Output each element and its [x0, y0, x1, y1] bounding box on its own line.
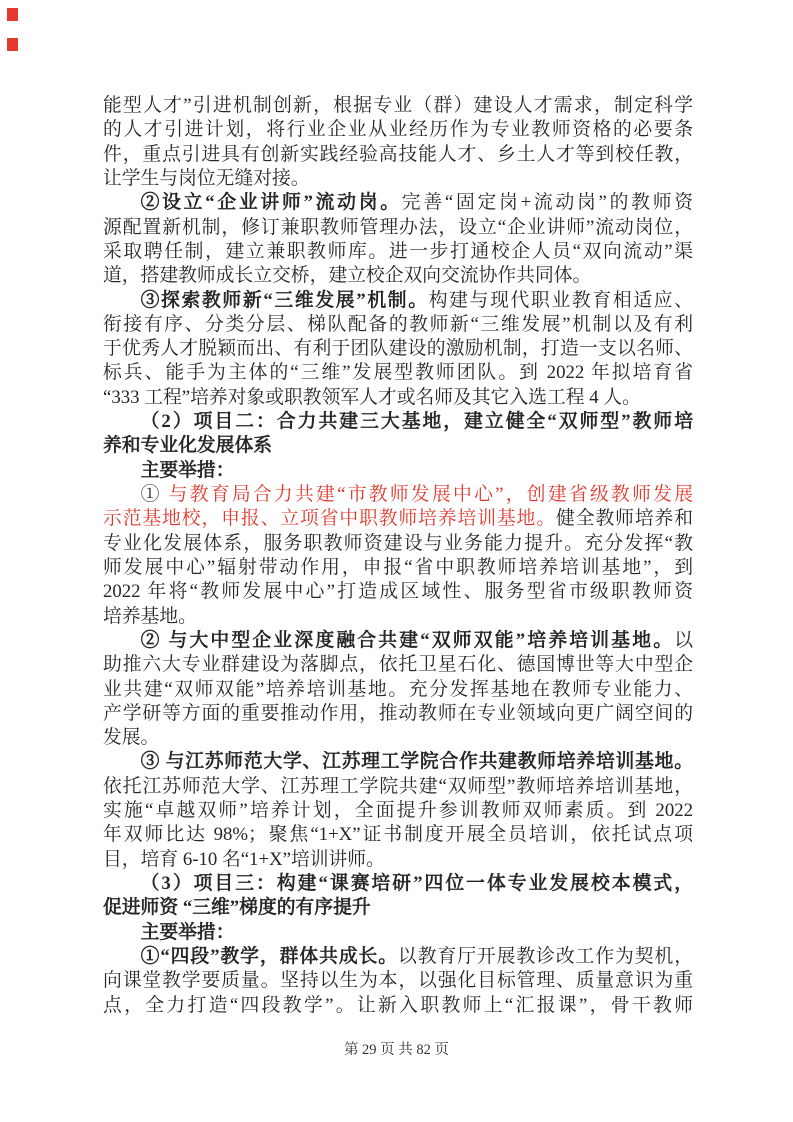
text-segment: 目，培育 6-10 名“1+X”培训讲师。	[103, 849, 385, 870]
text-line: 主要举措：	[103, 459, 693, 483]
text-line: 的人才引进计划，将行业企业从业经历作为专业教师资格的必要条	[103, 118, 693, 142]
bold-text-segment: 促进师资 “三维”梯度的有序提升	[103, 897, 371, 918]
text-line: 衔接有序、分类分层、梯队配备的教师新“三维发展”机制以及有利	[103, 313, 693, 337]
text-segment: 业共建“双师双能”培养培训基地。充分发挥基地在教师专业能力、	[103, 679, 693, 700]
text-line: 促进师资 “三维”梯度的有序提升	[103, 896, 693, 920]
text-line: ① 与教育局合力共建“市教师发展中心”，创建省级教师发展	[103, 483, 693, 507]
document-page: 能型人才”引进机制创新，根据专业（群）建设人才需求，制定科学的人才引进计划，将行…	[0, 0, 793, 1122]
text-line: “333 工程”培养对象或职教领军人才或名师及其它入选工程 4 人。	[103, 386, 693, 410]
bold-text-segment: ②设立“企业讲师”流动岗。	[141, 192, 402, 213]
text-line: ③ 与江苏师范大学、江苏理工学院合作共建教师培养培训基地。	[103, 750, 693, 774]
text-segment: 以	[674, 630, 693, 651]
text-line: 点，全力打造“四段教学”。让新入职教师上“汇报课”，骨干教师	[103, 994, 693, 1018]
text-line: 标兵、能手为主体的“三维”发展型教师团队。到 2022 年拟培育省	[103, 361, 693, 385]
text-segment: 构建与现代职业教育相适应、	[429, 290, 693, 311]
text-line: 件，重点引进具有创新实践经验高技能人才、乡土人才等到校任教，	[103, 143, 693, 167]
text-segment: 衔接有序、分类分层、梯队配备的教师新“三维发展”机制以及有利	[103, 314, 693, 335]
text-line: 实施“卓越双师”培养计划，全面提升参训教师双师素质。到 2022	[103, 799, 693, 823]
text-line: ②设立“企业讲师”流动岗。完善“固定岗+流动岗”的教师资	[103, 191, 693, 215]
text-line: 养和专业化发展体系	[103, 434, 693, 458]
text-segment: 产学研等方面的重要推动作用，推动教师在专业领域向更广阔空间的	[103, 703, 693, 724]
text-line: 专业化发展体系，服务职教师资建设与业务能力提升。充分发挥“教	[103, 532, 693, 556]
text-line: 年双师比达 98%；聚焦“1+X”证书制度开展全员培训，依托试点项	[103, 823, 693, 847]
red-text-segment: 示范基地校，申报、立项省中职教师培养培训基地。	[103, 508, 556, 529]
text-line: 道，搭建教师成长立交桥，建立校企双向交流协作共同体。	[103, 264, 693, 288]
text-segment: 发展。	[103, 727, 159, 748]
text-line: 主要举措：	[103, 921, 693, 945]
text-line: 依托江苏师范大学、江苏理工学院共建“双师型”教师培养培训基地，	[103, 775, 693, 799]
text-line: 于优秀人才脱颖而出、有利于团队建设的激励机制，打造一支以名师、	[103, 337, 693, 361]
text-line: 培养基地。	[103, 605, 693, 629]
text-segment: “333 工程”培养对象或职教领军人才或名师及其它入选工程 4 人。	[103, 387, 641, 408]
text-line: 产学研等方面的重要推动作用，推动教师在专业领域向更广阔空间的	[103, 702, 693, 726]
text-segment: 实施“卓越双师”培养计划，全面提升参训教师双师素质。到 2022	[103, 800, 693, 821]
text-segment: 道，搭建教师成长立交桥，建立校企双向交流协作共同体。	[103, 265, 591, 286]
text-segment: 向课堂教学要质量。坚持以生为本，以强化目标管理、质量意识为重	[103, 970, 693, 991]
text-segment: 助推六大专业群建设为落脚点，依托卫星石化、德国博世等大中型企	[103, 654, 693, 675]
text-line: 助推六大专业群建设为落脚点，依托卫星石化、德国博世等大中型企	[103, 653, 693, 677]
text-segment: 采取聘任制，建立兼职教师库。进一步打通校企人员“双向流动”渠	[103, 241, 693, 262]
bold-text-segment: ② 与大中型企业深度融合共建“双师双能”培养培训基地。	[141, 630, 675, 651]
text-segment: 以教育厅开展教诊改工作为契机，	[398, 946, 693, 967]
text-line: ② 与大中型企业深度融合共建“双师双能”培养培训基地。以	[103, 629, 693, 653]
text-line: 师发展中心”辐射带动作用，申报“省中职教师培养培训基地”，到	[103, 556, 693, 580]
text-line: 目，培育 6-10 名“1+X”培训讲师。	[103, 848, 693, 872]
text-segment: 年双师比达 98%；聚焦“1+X”证书制度开展全员培训，依托试点项	[103, 824, 693, 845]
text-segment: 于优秀人才脱颖而出、有利于团队建设的激励机制，打造一支以名师、	[103, 338, 693, 359]
text-line: （2）项目二：合力共建三大基地，建立健全“双师型”教师培	[103, 410, 693, 434]
text-segment: 健全教师培养和	[556, 508, 693, 529]
bold-text-segment: 主要举措：	[141, 460, 235, 481]
text-segment: 能型人才”引进机制创新，根据专业（群）建设人才需求，制定科学	[103, 95, 693, 116]
bold-text-segment: ③ 与江苏师范大学、江苏理工学院合作共建教师培养培训基地。	[141, 751, 693, 772]
red-text-segment: 与教育局合力共建“市教师发展中心”，创建省级教师发展	[169, 484, 693, 505]
red-edge-mark	[7, 38, 18, 51]
text-segment: 师发展中心”辐射带动作用，申报“省中职教师培养培训基地”，到	[103, 557, 693, 578]
text-segment: 源配置新机制，修订兼职教师管理办法，设立“企业讲师”流动岗位，	[103, 217, 693, 238]
text-segment: ①	[141, 484, 169, 505]
text-segment: 标兵、能手为主体的“三维”发展型教师团队。到 2022 年拟培育省	[103, 362, 693, 383]
text-line: 采取聘任制，建立兼职教师库。进一步打通校企人员“双向流动”渠	[103, 240, 693, 264]
text-line: （3）项目三：构建“课赛培研”四位一体专业发展校本模式，	[103, 872, 693, 896]
text-line: 源配置新机制，修订兼职教师管理办法，设立“企业讲师”流动岗位，	[103, 216, 693, 240]
text-segment: 2022 年将“教师发展中心”打造成区域性、服务型省市级职教师资	[103, 581, 693, 602]
page-number: 第 29 页 共 82 页	[0, 1038, 793, 1059]
text-line: ①“四段”教学，群体共成长。以教育厅开展教诊改工作为契机，	[103, 945, 693, 969]
text-line: 2022 年将“教师发展中心”打造成区域性、服务型省市级职教师资	[103, 580, 693, 604]
text-line: 业共建“双师双能”培养培训基地。充分发挥基地在教师专业能力、	[103, 678, 693, 702]
document-body: 能型人才”引进机制创新，根据专业（群）建设人才需求，制定科学的人才引进计划，将行…	[103, 94, 693, 1018]
text-line: ③探索教师新“三维发展”机制。构建与现代职业教育相适应、	[103, 289, 693, 313]
text-segment: 的人才引进计划，将行业企业从业经历作为专业教师资格的必要条	[103, 119, 693, 140]
bold-text-segment: 养和专业化发展体系	[103, 435, 272, 456]
text-segment: 点，全力打造“四段教学”。让新入职教师上“汇报课”，骨干教师	[103, 995, 693, 1016]
red-edge-mark	[7, 8, 18, 21]
text-segment: 专业化发展体系，服务职教师资建设与业务能力提升。充分发挥“教	[103, 533, 693, 554]
text-segment: 培养基地。	[103, 606, 197, 627]
text-line: 向课堂教学要质量。坚持以生为本，以强化目标管理、质量意识为重	[103, 969, 693, 993]
bold-text-segment: 主要举措：	[141, 922, 235, 943]
text-line: 示范基地校，申报、立项省中职教师培养培训基地。健全教师培养和	[103, 507, 693, 531]
text-line: 让学生与岗位无缝对接。	[103, 167, 693, 191]
text-line: 能型人才”引进机制创新，根据专业（群）建设人才需求，制定科学	[103, 94, 693, 118]
text-line: 发展。	[103, 726, 693, 750]
text-segment: 让学生与岗位无缝对接。	[103, 168, 310, 189]
bold-text-segment: ③探索教师新“三维发展”机制。	[141, 290, 429, 311]
text-segment: 件，重点引进具有创新实践经验高技能人才、乡土人才等到校任教，	[103, 144, 693, 165]
text-segment: 依托江苏师范大学、江苏理工学院共建“双师型”教师培养培训基地，	[103, 776, 693, 797]
bold-text-segment: ①“四段”教学，群体共成长。	[141, 946, 398, 967]
bold-text-segment: （2）项目二：合力共建三大基地，建立健全“双师型”教师培	[141, 411, 693, 432]
bold-text-segment: （3）项目三：构建“课赛培研”四位一体专业发展校本模式，	[141, 873, 693, 894]
text-segment: 完善“固定岗+流动岗”的教师资	[402, 192, 693, 213]
